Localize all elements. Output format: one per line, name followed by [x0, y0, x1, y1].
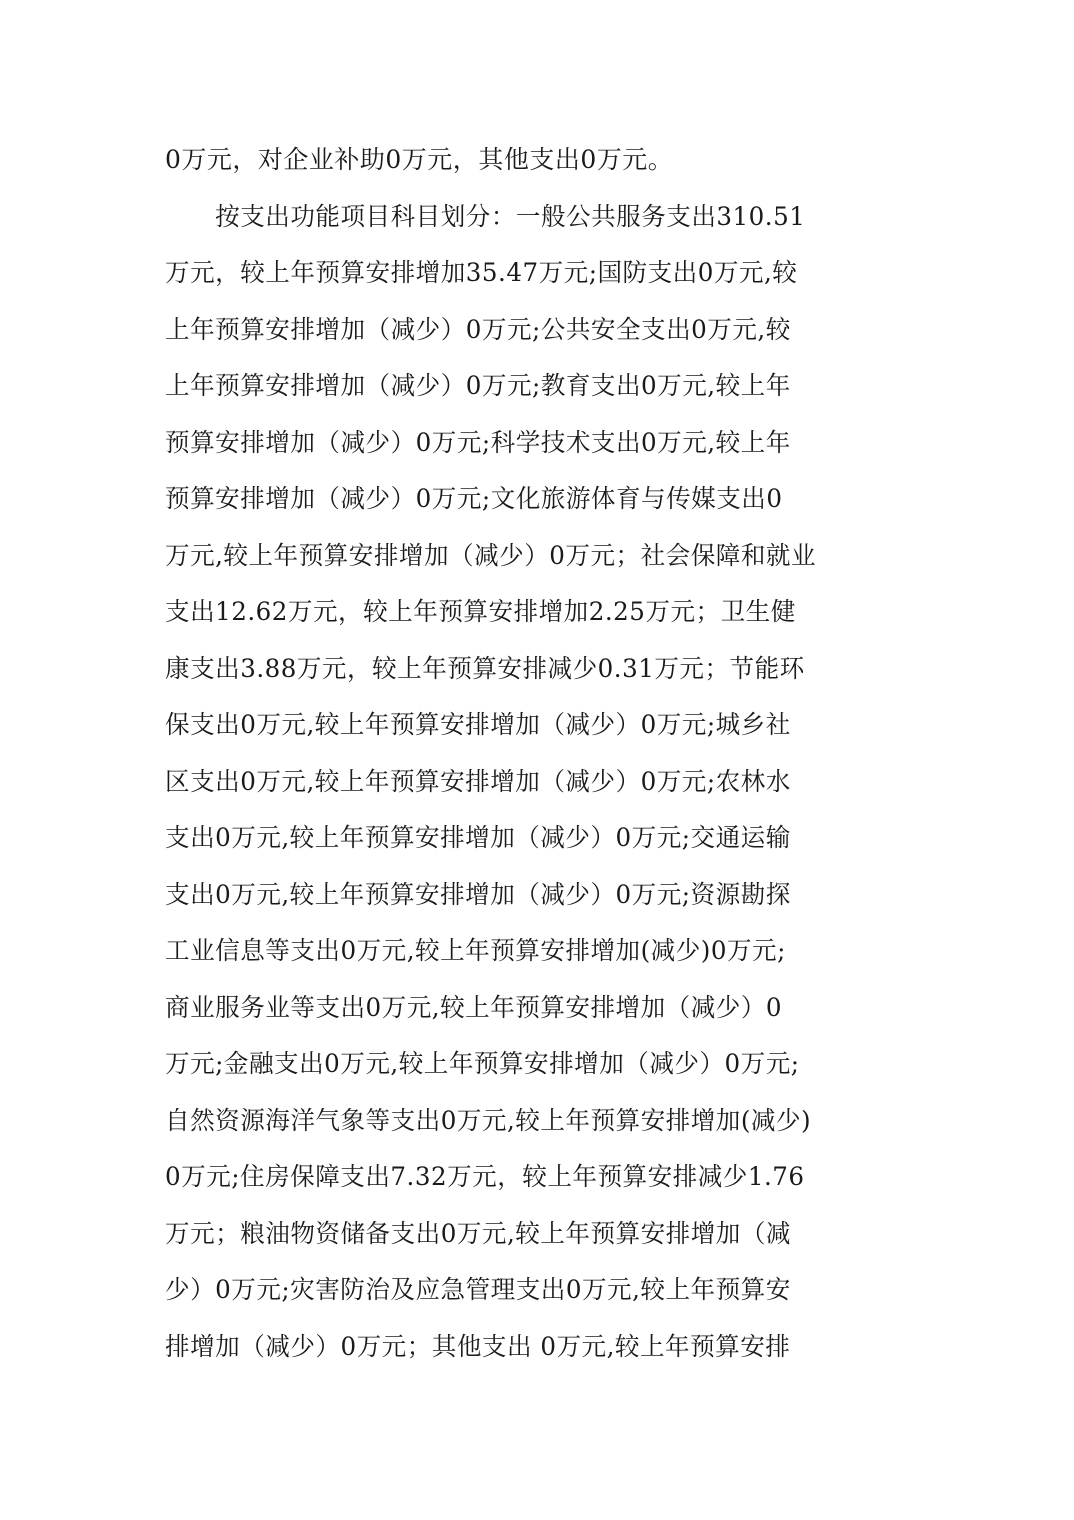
text-line: 0万元;住房保障支出7.32万元，较上年预算安排减少1.76	[165, 1157, 912, 1197]
text-line: 按支出功能项目科目划分：一般公共服务支出310.51	[165, 197, 912, 237]
text-line: 支出0万元,较上年预算安排增加（减少）0万元;交通运输	[165, 818, 912, 858]
text-line: 上年预算安排增加（减少）0万元;公共安全支出0万元,较	[165, 310, 912, 350]
text-line: 支出0万元,较上年预算安排增加（减少）0万元;资源勘探	[165, 875, 912, 915]
document-page: 0万元，对企业补助0万元，其他支出0万元。 按支出功能项目科目划分：一般公共服务…	[0, 0, 1074, 1520]
text-line: 上年预算安排增加（减少）0万元;教育支出0万元,较上年	[165, 366, 912, 406]
text-line: 区支出0万元,较上年预算安排增加（减少）0万元;农林水	[165, 762, 912, 802]
text-line: 保支出0万元,较上年预算安排增加（减少）0万元;城乡社	[165, 705, 912, 745]
text-line: 万元，较上年预算安排增加35.47万元;国防支出0万元,较	[165, 253, 912, 293]
text-line: 工业信息等支出0万元,较上年预算安排增加(减少)0万元;	[165, 931, 912, 971]
text-line: 商业服务业等支出0万元,较上年预算安排增加（减少）0	[165, 988, 912, 1028]
text-line: 预算安排增加（减少）0万元;科学技术支出0万元,较上年	[165, 423, 912, 463]
text-line: 0万元，对企业补助0万元，其他支出0万元。	[165, 140, 925, 180]
text-line: 少）0万元;灾害防治及应急管理支出0万元,较上年预算安	[165, 1270, 912, 1310]
text-line: 万元;金融支出0万元,较上年预算安排增加（减少）0万元;	[165, 1044, 912, 1084]
text-line: 康支出3.88万元，较上年预算安排减少0.31万元；节能环	[165, 649, 912, 689]
text-line: 万元；粮油物资储备支出0万元,较上年预算安排增加（减	[165, 1214, 912, 1254]
text-line: 万元,较上年预算安排增加（减少）0万元；社会保障和就业	[165, 536, 912, 576]
text-line: 支出12.62万元，较上年预算安排增加2.25万元；卫生健	[165, 592, 912, 632]
text-line: 预算安排增加（减少）0万元;文化旅游体育与传媒支出0	[165, 479, 912, 519]
text-line: 自然资源海洋气象等支出0万元,较上年预算安排增加(减少)	[165, 1101, 912, 1141]
text-line: 排增加（减少）0万元；其他支出 0万元,较上年预算安排	[165, 1327, 912, 1367]
